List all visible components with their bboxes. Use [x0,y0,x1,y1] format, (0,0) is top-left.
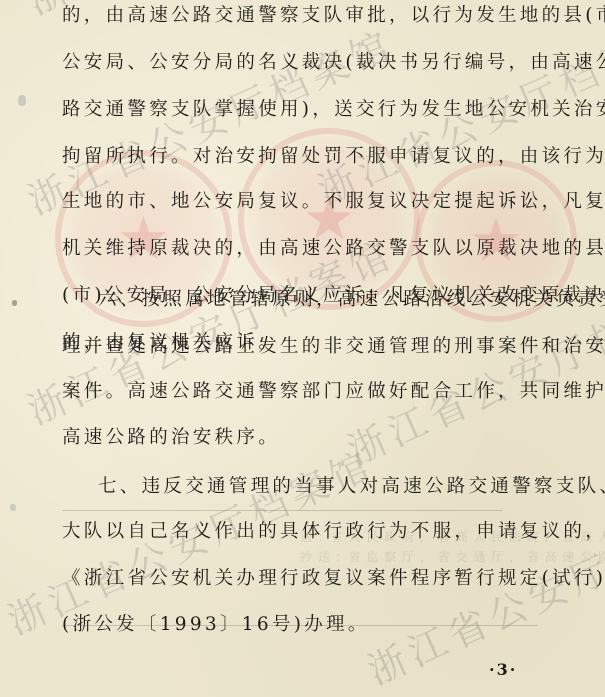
page-number: ·3· [489,660,517,679]
bleed-rule [62,510,502,511]
text-line: 大队以自己名义作出的具体行政行为不服，申请复议的，按 [62,520,538,544]
text-line: 《浙江省公安机关办理行政复议案件程序暂行规定(试行)》 [62,567,538,591]
text-line: 拘留所执行。对治安拘留处罚不服申请复议的，由该行为发 [62,145,538,169]
paper-speck [18,95,26,106]
bleed-through-text: 抄 送 ：省 监 察 厅 ， 省 交 通 厅 ， 省 高 速 公 路 [300,548,605,565]
text-line: 生地的市、地公安局复议。不服复议决定提起诉讼，凡复议 [62,190,538,214]
text-line: 的，由高速公路交通警察支队审批，以行为发生地的县(市) [62,4,538,28]
text-line: (浙公发〔1993〕16号)办理。 [62,613,538,637]
text-line: 案件。高速公路交通警察部门应做好配合工作，共同维护好 [62,380,538,404]
paper-speck [10,504,16,511]
text-line: 路交通警察支队掌握使用)，送交行为发生地公安机关治安 [62,98,538,122]
paper-speck [12,300,17,306]
text-line: 理并查处高速公路上发生的非交通管理的刑事案件和治安 [62,335,538,359]
text-line: 七、违反交通管理的当事人对高速公路交通警察支队、 [62,475,538,499]
text-line: 公安局、公安分局的名义裁决(裁决书另行编号，由高速公 [62,51,538,75]
text-line: 六、按照属地管辖原则，高速公路沿线公安机关负责受 [62,288,538,312]
text-line: 高速公路的治安秩序。 [62,426,538,450]
text-line: 机关维持原裁决的，由高速公路交警支队以原裁决地的县 [62,237,538,261]
